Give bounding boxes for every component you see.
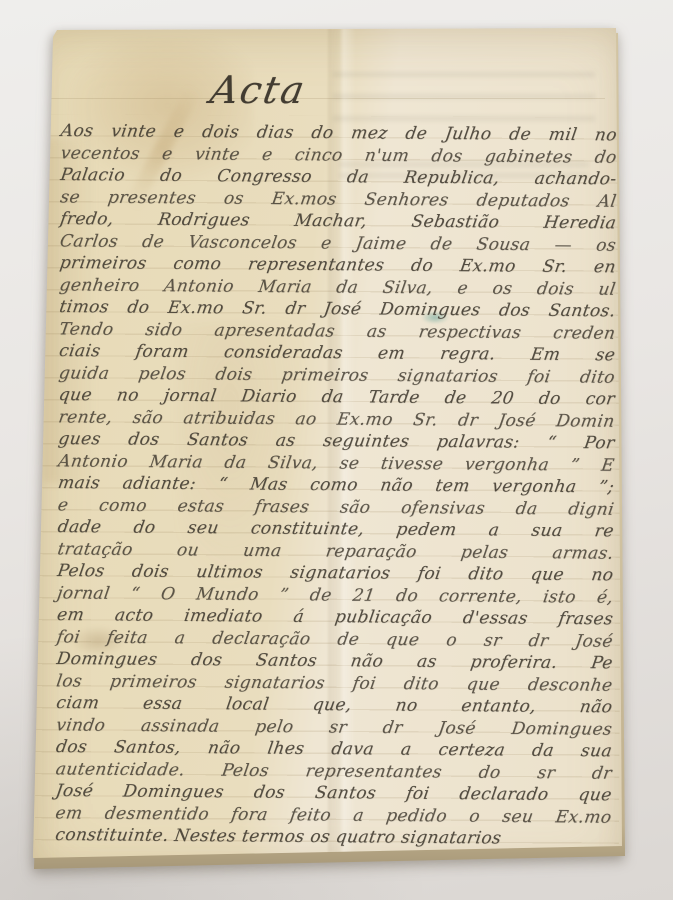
manuscript-body: Aos vinte e dois dias do mez de Julho de…	[55, 120, 617, 850]
manuscript-paper: Acta Aos vinte e dois dias do mez de Jul…	[33, 28, 625, 876]
photo-background: Acta Aos vinte e dois dias do mez de Jul…	[0, 0, 673, 900]
handwritten-line: constituinte. Nestes termos os quatro si…	[54, 824, 613, 850]
manuscript-title: Acta	[207, 66, 375, 114]
paper-stack: Acta Aos vinte e dois dias do mez de Jul…	[33, 28, 625, 876]
